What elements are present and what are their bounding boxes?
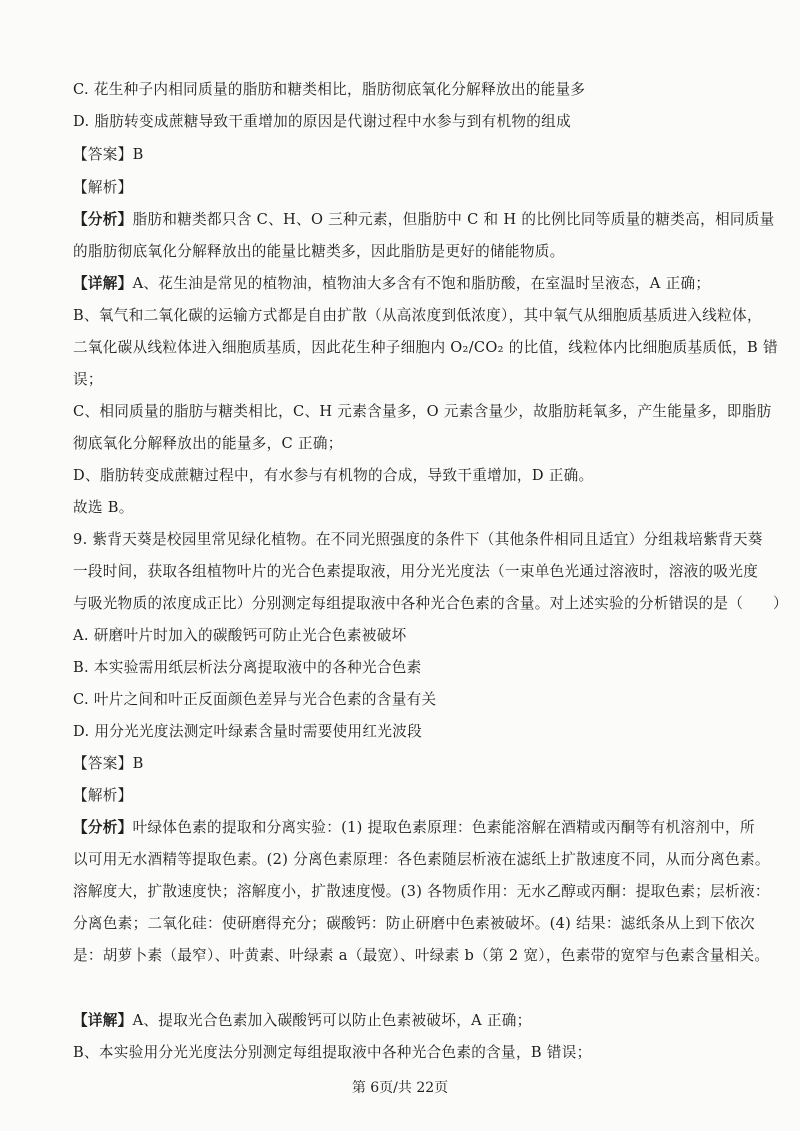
q9-analysis-heading: 【解析】 (73, 786, 733, 806)
q9-answer: 【答案】B (73, 754, 733, 774)
q9-fenxi-line-2: 以可用无水酒精等提取色素。(2) 分离色素原理：各色素随层析液在滤纸上扩散速度不… (73, 850, 733, 870)
q9-fenxi-line-1: 【分析】叶绿体色素的提取和分离实验：(1) 提取色素原理：色素能溶解在酒精或丙酮… (73, 818, 733, 838)
xiangjie-text: A、提取光合色素加入碳酸钙可以防止色素被破坏，A 正确； (133, 1012, 532, 1029)
q9-stem-line-1: 9. 紫背天葵是校园里常见绿化植物。在不同光照强度的条件下（其他条件相同且适宜）… (73, 530, 733, 550)
answer-value: B (133, 755, 144, 772)
answer-label: 【答案】 (73, 146, 133, 163)
q9-fenxi-line-3: 溶解度大，扩散速度快；溶解度小，扩散速度慢。(3) 各物质作用：无水乙醇或丙酮：… (73, 882, 733, 902)
answer-label: 【答案】 (73, 755, 133, 772)
q8-option-c: C. 花生种子内相同质量的脂肪和糖类相比，脂肪彻底氧化分解释放出的能量多 (73, 80, 733, 100)
q8-fenxi-line-2: 的脂肪彻底氧化分解释放出的能量比糖类多，因此脂肪是更好的储能物质。 (73, 242, 733, 262)
document-page: C. 花生种子内相同质量的脂肪和糖类相比，脂肪彻底氧化分解释放出的能量多 D. … (0, 0, 800, 1131)
xiangjie-label: 【详解】 (73, 275, 133, 292)
q8-xiangjie-line-5: C、相同质量的脂肪与糖类相比，C、H 元素含量多，O 元素含量少，故脂肪耗氧多，… (73, 402, 733, 422)
q8-xiangjie-line-2: B、氧气和二氧化碳的运输方式都是自由扩散（从高浓度到低浓度），其中氧气从细胞质基… (73, 306, 733, 326)
q8-answer: 【答案】B (73, 145, 733, 165)
fenxi-label: 【分析】 (73, 819, 133, 836)
q9-fenxi-line-5: 是：胡萝卜素（最窄）、叶黄素、叶绿素 a（最宽）、叶绿素 b（第 2 宽），色素… (73, 946, 733, 966)
q8-xiangjie-line-3: 二氧化碳从线粒体进入细胞质基质，因此花生种子细胞内 O₂/CO₂ 的比值，线粒体… (73, 338, 733, 358)
q9-option-d: D. 用分光光度法测定叶绿素含量时需要使用红光波段 (73, 722, 733, 742)
q8-option-d: D. 脂肪转变成蔗糖导致干重增加的原因是代谢过程中水参与到有机物的组成 (73, 112, 733, 132)
q9-option-b: B. 本实验需用纸层析法分离提取液中的各种光合色素 (73, 658, 733, 678)
q9-stem-line-3: 与吸光物质的浓度成正比）分别测定每组提取液中各种光合色素的含量。对上述实验的分析… (73, 594, 733, 614)
q9-option-c: C. 叶片之间和叶正反面颜色差异与光合色素的含量有关 (73, 690, 733, 710)
q8-xiangjie-line-6: 彻底氧化分解释放出的能量多，C 正确； (73, 434, 733, 454)
xiangjie-text: A、花生油是常见的植物油，植物油大多含有不饱和脂肪酸，在室温时呈液态，A 正确； (133, 275, 711, 292)
q9-stem-line-2: 一段时间，获取各组植物叶片的光合色素提取液，用分光光度法（一束单色光通过溶液时，… (73, 562, 733, 582)
q8-xiangjie-line-4: 误； (73, 370, 733, 390)
page-number-footer: 第 6页/共 22页 (0, 1077, 800, 1097)
fenxi-text: 脂肪和糖类都只含 C、H、O 三种元素，但脂肪中 C 和 H 的比例比同等质量的… (133, 211, 775, 228)
answer-value: B (133, 146, 144, 163)
q8-conclusion: 故选 B。 (73, 498, 733, 518)
q9-xiangjie-line-2: B、本实验用分光光度法分别测定每组提取液中各种光合色素的含量，B 错误； (73, 1043, 733, 1063)
q8-xiangjie-line-1: 【详解】A、花生油是常见的植物油，植物油大多含有不饱和脂肪酸，在室温时呈液态，A… (73, 274, 733, 294)
xiangjie-label: 【详解】 (73, 1012, 133, 1029)
q9-fenxi-line-4: 分离色素；二氧化硅：使研磨得充分；碳酸钙：防止研磨中色素被破坏。(4) 结果：滤… (73, 914, 733, 934)
q9-xiangjie-line-1: 【详解】A、提取光合色素加入碳酸钙可以防止色素被破坏，A 正确； (73, 1011, 733, 1031)
fenxi-label: 【分析】 (73, 211, 133, 228)
q8-xiangjie-line-7: D、脂肪转变成蔗糖过程中，有水参与有机物的合成，导致干重增加，D 正确。 (73, 466, 733, 486)
q8-fenxi-line-1: 【分析】脂肪和糖类都只含 C、H、O 三种元素，但脂肪中 C 和 H 的比例比同… (73, 210, 733, 230)
fenxi-text: 叶绿体色素的提取和分离实验：(1) 提取色素原理：色素能溶解在酒精或丙酮等有机溶… (133, 819, 755, 836)
q9-option-a: A. 研磨叶片时加入的碳酸钙可防止光合色素被破坏 (73, 626, 733, 646)
q8-analysis-heading: 【解析】 (73, 178, 733, 198)
